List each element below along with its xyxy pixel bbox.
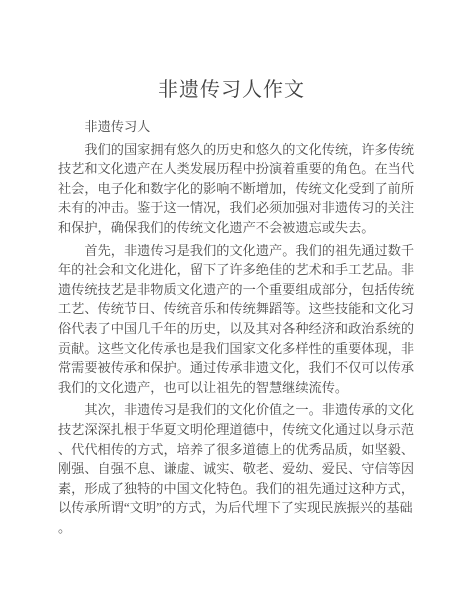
paragraph: 非遗传习人 <box>58 117 416 137</box>
text-line: 素，形成了独特的中国文化特色。我们的祖先通过这种方式， <box>58 479 416 499</box>
text-line: 遗传统技艺是非物质文化遗产的一个重要组成部分，包括传统 <box>58 280 416 300</box>
text-line: 。 <box>58 518 416 538</box>
text-line: 贡献。这些文化传承也是我们国家文化多样性的重要体现，非 <box>58 339 416 359</box>
document-title: 非遗传习人作文 <box>0 0 463 104</box>
text-line: 我们的文化遗产，也可以让祖先的智慧继续流传。 <box>58 378 416 398</box>
text-line: 技艺深深扎根于华夏文明伦理道德中，传统文化通过以身示范 <box>58 420 416 440</box>
text-line: 社会，电子化和数字化的影响不断增加，传统文化受到了前所 <box>58 179 416 199</box>
text-line: 常需要被传承和保护。通过传承非遗文化，我们不仅可以传承 <box>58 358 416 378</box>
text-line: 其次，非遗传习是我们的文化价值之一。非遗传承的文化 <box>58 400 416 420</box>
paragraph: 其次，非遗传习是我们的文化价值之一。非遗传承的文化技艺深深扎根于华夏文明伦理道德… <box>58 400 416 537</box>
text-line: 俗代表了中国几千年的历史，以及其对各种经济和政治系统的 <box>58 319 416 339</box>
text-line: 以传承所谓“文明”的方式，为后代埋下了实现民族振兴的基础 <box>58 498 416 518</box>
text-line: 、代代相传的方式，培养了很多道德上的优秀品质，如坚毅、 <box>58 440 416 460</box>
text-line: 非遗传习人 <box>58 117 416 137</box>
paragraph: 首先，非遗传习是我们的文化遗产。我们的祖先通过数千年的社会和文化进化，留下了许多… <box>58 241 416 398</box>
text-line: 工艺、传统节日、传统音乐和传统舞蹈等。这些技能和文化习 <box>58 299 416 319</box>
text-line: 首先，非遗传习是我们的文化遗产。我们的祖先通过数千 <box>58 241 416 261</box>
text-line: 技艺和文化遗产在人类发展历程中扮演着重要的角色。在当代 <box>58 159 416 179</box>
text-line: 我们的国家拥有悠久的历史和悠久的文化传统，许多传统 <box>58 140 416 160</box>
text-line: 年的社会和文化进化，留下了许多绝佳的艺术和手工艺品。非 <box>58 260 416 280</box>
document-page: 非遗传习人作文 非遗传习人我们的国家拥有悠久的历史和悠久的文化传统，许多传统技艺… <box>0 0 463 600</box>
text-line: 未有的冲击。鉴于这一情况，我们必须加强对非遗传习的关注 <box>58 198 416 218</box>
paragraph: 我们的国家拥有悠久的历史和悠久的文化传统，许多传统技艺和文化遗产在人类发展历程中… <box>58 140 416 238</box>
document-body: 非遗传习人我们的国家拥有悠久的历史和悠久的文化传统，许多传统技艺和文化遗产在人类… <box>58 117 416 537</box>
text-line: 刚强、自强不息、谦虚、诚实、敬老、爱幼、爱民、守信等因 <box>58 459 416 479</box>
text-line: 和保护，确保我们的传统文化遗产不会被遗忘或失去。 <box>58 218 416 238</box>
